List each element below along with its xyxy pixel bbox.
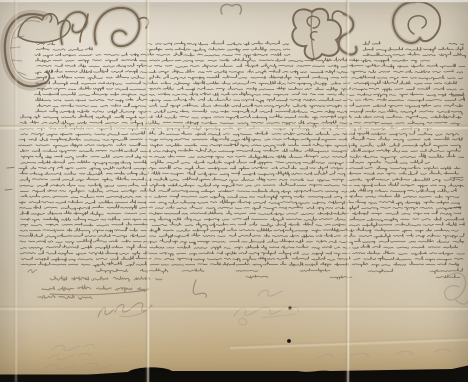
script-line [21, 131, 459, 137]
script-line [96, 268, 463, 275]
script-line [20, 148, 460, 154]
top-light-strip [0, 0, 468, 2]
script-line [20, 227, 458, 234]
script-line [452, 95, 464, 96]
script-line [36, 74, 463, 81]
ink-hole [288, 306, 291, 309]
script-line [35, 68, 463, 75]
manuscript-artwork [0, 0, 468, 382]
script-line [20, 114, 461, 121]
script-line [246, 274, 460, 279]
handwriting-lines [19, 40, 466, 299]
script-line [36, 80, 457, 87]
script-line [20, 250, 464, 257]
calligraphic-flourish-knot [292, 9, 341, 59]
script-line [20, 188, 457, 194]
script-line [21, 261, 458, 267]
script-line [21, 216, 464, 223]
script-line [21, 159, 430, 166]
script-line [7, 167, 14, 168]
script-line [450, 177, 463, 178]
script-line [20, 125, 432, 131]
backdrop-bottom-edge [0, 366, 468, 382]
calligraphic-flourish-small [221, 4, 241, 14]
script-line [42, 285, 149, 295]
calligraphic-flourish-two-lobe [393, 2, 440, 43]
script-line [37, 103, 463, 109]
script-line [35, 91, 464, 97]
script-line [20, 221, 464, 228]
script-line [35, 57, 429, 64]
script-line [20, 210, 461, 217]
script-line [20, 204, 461, 211]
script-line [21, 153, 464, 160]
script-line [5, 189, 12, 190]
script-line [19, 142, 461, 149]
calligraphic-flourish-round-scroll [95, 8, 149, 46]
script-line [20, 238, 464, 245]
manuscript-photo [0, 0, 468, 382]
signature-bottom-left-faint [44, 344, 112, 369]
ink-hole [287, 339, 291, 343]
script-line [20, 170, 459, 176]
script-line [21, 255, 463, 262]
script-line [35, 96, 465, 103]
script-line [20, 199, 460, 206]
script-line [20, 136, 463, 143]
bottom-right-faint-marks [318, 349, 450, 358]
ink-holes [287, 306, 292, 343]
script-line [37, 40, 464, 46]
script-line [37, 86, 463, 92]
script-line [19, 233, 464, 239]
script-line [20, 182, 464, 189]
script-line [20, 120, 460, 127]
script-line [449, 207, 461, 208]
script-line [37, 63, 465, 69]
script-line [19, 165, 461, 171]
script-line [20, 176, 463, 183]
script-line [21, 193, 459, 200]
script-line [21, 244, 458, 250]
signature-center-left [98, 303, 152, 317]
script-line [36, 46, 463, 52]
script-line [36, 108, 463, 115]
script-line [50, 276, 162, 282]
